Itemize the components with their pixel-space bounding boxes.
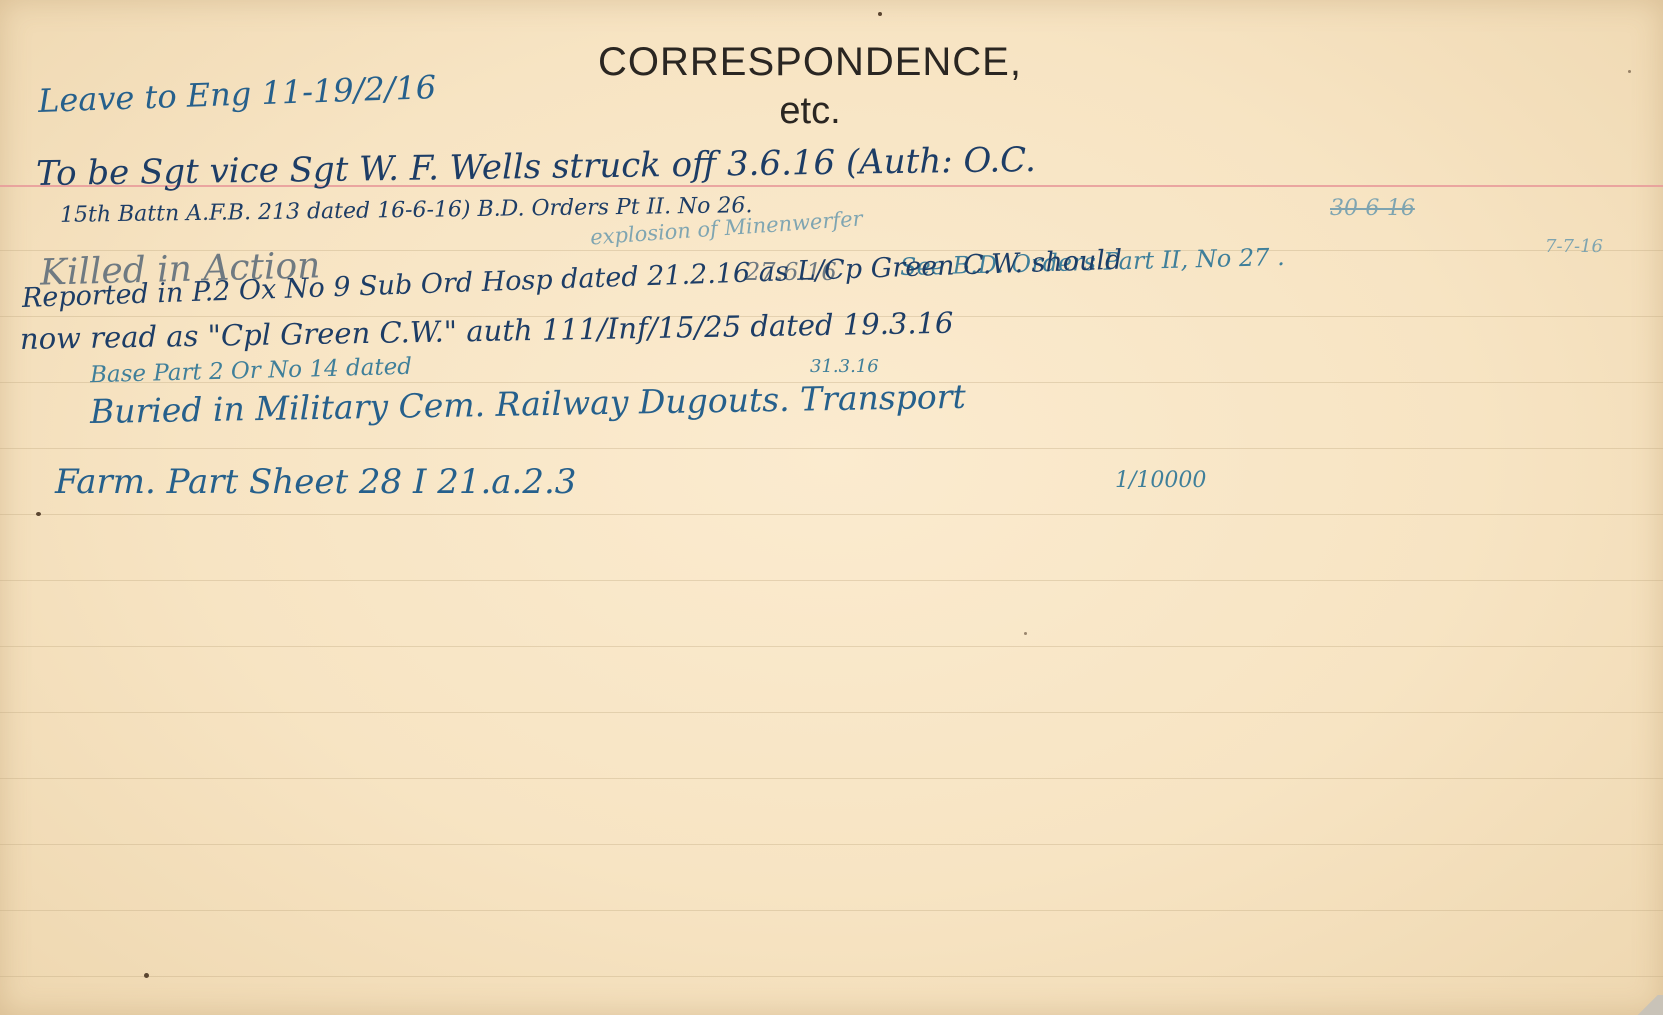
ruled-line [0, 448, 1663, 449]
ruled-line [0, 580, 1663, 581]
entry-promotion: To be Sgt vice Sgt W. F. Wells struck of… [36, 143, 1036, 191]
heading-title: CORRESPONDENCE, [520, 42, 1100, 82]
heading-subtitle: etc. [520, 92, 1100, 130]
entry-base-part-date: 31.3.16 [810, 358, 879, 376]
entry-buried-2: Farm. Part Sheet 28 I 21.a.2.3 [55, 465, 576, 499]
ink-speck [878, 12, 882, 16]
entry-see-orders-date: 7-7-16 [1545, 238, 1603, 256]
ruled-line [0, 646, 1663, 647]
card-heading: CORRESPONDENCE, etc. [520, 42, 1100, 130]
entry-leave: Leave to Eng 11-19/2/16 [38, 71, 437, 117]
card-corner-wear [1633, 995, 1663, 1015]
ink-speck [36, 512, 41, 516]
ruled-line [0, 976, 1663, 977]
ink-speck [1024, 632, 1027, 635]
ink-speck [1628, 70, 1631, 73]
ruled-line [0, 844, 1663, 845]
record-card: CORRESPONDENCE, etc. Leave to Eng 11-19/… [0, 0, 1663, 1015]
ink-speck [144, 973, 149, 978]
ruled-line [0, 712, 1663, 713]
entry-scale: 1/10000 [1115, 470, 1206, 492]
ruled-line [0, 514, 1663, 515]
ruled-line [0, 910, 1663, 911]
ruled-line [0, 778, 1663, 779]
entry-struck-date: 30-6-16 [1330, 198, 1415, 220]
entry-buried-1: Buried in Military Cem. Railway Dugouts.… [90, 380, 966, 428]
